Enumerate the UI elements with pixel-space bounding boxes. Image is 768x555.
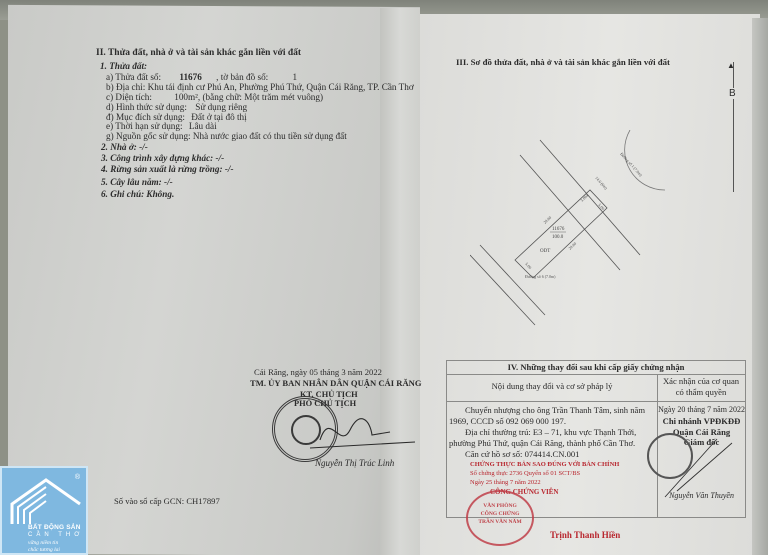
confirmation-org-1: Chi nhánh VPĐKĐĐ bbox=[658, 416, 745, 427]
confirmation-signer: Nguyễn Văn Thuyền bbox=[658, 491, 745, 502]
logo-line-2: CẦN THƠ bbox=[28, 532, 83, 538]
issuing-authority: TM. ỦY BAN NHÂN DÂN QUẬN CÁI RĂNG bbox=[250, 378, 422, 389]
origin-value: Nhà nước giao đất có thu tiền sử dụng đấ… bbox=[193, 131, 347, 141]
usage-form-value: Sử dụng riêng bbox=[195, 102, 247, 112]
other-works-line: 3. Công trình xây dựng khác: -/- bbox=[101, 153, 224, 164]
parcel-number-label: a) Thửa đất số: bbox=[106, 72, 161, 82]
land-type-label: ODT bbox=[540, 249, 550, 254]
svg-text:20.00: 20.00 bbox=[542, 215, 552, 225]
logo-line-3: vững niềm tin bbox=[28, 540, 58, 546]
svg-text:20.00: 20.00 bbox=[567, 241, 577, 251]
watermark-logo: ® BẤT ĐỘNG SẢN CẦN THƠ vững niềm tin chắ… bbox=[0, 466, 88, 555]
svg-text:5.00: 5.00 bbox=[597, 202, 605, 211]
parcel-number-value: 11676 bbox=[179, 72, 201, 82]
north-arrow-line bbox=[733, 62, 734, 192]
map-sheet-label: , tờ bản đồ số: bbox=[216, 72, 268, 82]
confirmation-date: Ngày 20 tháng 7 năm 2022 bbox=[658, 405, 745, 416]
column-header-content: Nội dung thay đổi và cơ sở pháp lý bbox=[447, 381, 657, 392]
road-bottom-label: Đường số 6 (7.0m) bbox=[525, 274, 556, 279]
perennial-line: 5. Cây lâu năm: -/- bbox=[101, 177, 173, 188]
entry-line-1: Chuyển nhượng cho ông Trần Thanh Tâm, si… bbox=[465, 405, 645, 416]
land-heading: 1. Thửa đất: bbox=[100, 61, 147, 72]
usage-form-label: d) Hình thức sử dụng: bbox=[106, 102, 187, 112]
area-label: c) Diện tích: bbox=[106, 92, 152, 102]
column-header-confirmation: Xác nhận của cơ quan có thẩm quyền bbox=[661, 376, 741, 397]
section-ii-title: II. Thửa đất, nhà ở và tài sản khác gắn … bbox=[96, 48, 301, 59]
logo-line-1: BẤT ĐỘNG SẢN bbox=[28, 524, 81, 531]
entry-line-4: phường Phú Thứ, quận Cái Răng, thành phố… bbox=[449, 438, 635, 449]
svg-text:14.6 (6m): 14.6 (6m) bbox=[594, 175, 609, 191]
issue-date: Cái Răng, ngày 05 tháng 3 năm 2022 bbox=[254, 367, 382, 378]
notary-seal: VĂN PHÒNG CÔNG CHỨNG TRẦN VĂN NĂM bbox=[466, 490, 534, 546]
entry-line-2: 1969, CCCD số 092 069 000 197. bbox=[449, 416, 566, 427]
logo-line-4: chắc tương lai bbox=[28, 547, 60, 553]
origin-row: g) Nguồn gốc sử dụng: Nhà nước giao đất … bbox=[106, 131, 347, 142]
parcel-area-label: 100.0 bbox=[552, 235, 564, 240]
issuer-signature bbox=[300, 400, 420, 460]
forest-line: 4. Rừng sản xuất là rừng trồng: -/- bbox=[101, 164, 234, 175]
north-label: B bbox=[729, 88, 736, 99]
house-logo-icon bbox=[6, 476, 84, 526]
note-line: 6. Ghi chú: Không. bbox=[101, 189, 174, 200]
svg-text:5.00: 5.00 bbox=[524, 261, 532, 270]
entry-line-5: Căn cứ hồ sơ số: 074414.CN.001 bbox=[465, 449, 579, 460]
registered-mark: ® bbox=[75, 474, 80, 481]
svg-text:Đường số 1 (7.0m): Đường số 1 (7.0m) bbox=[619, 151, 644, 178]
area-value: 100m², (bằng chữ: Một trăm mét vuông) bbox=[174, 92, 323, 102]
notary-signer: Trịnh Thanh Hiền bbox=[550, 530, 620, 541]
usage-term-value: Lâu dài bbox=[189, 121, 217, 131]
north-arrow-icon: ▲ bbox=[727, 60, 735, 71]
changes-table-title: IV. Những thay đổi sau khi cấp giấy chứn… bbox=[447, 362, 745, 373]
entry-line-3: Địa chỉ thường trú: E3 – 71, khu vực Thạ… bbox=[465, 427, 636, 438]
parcel-number-label: 11676 bbox=[552, 227, 565, 232]
issuer-signer-name: Nguyễn Thị Trúc Linh bbox=[315, 458, 394, 469]
section-iii-title: III. Sơ đồ thửa đất, nhà ở và tài sản kh… bbox=[456, 57, 670, 68]
page-edge bbox=[752, 18, 768, 555]
notary-seal-text: VĂN PHÒNG CÔNG CHỨNG TRẦN VĂN NĂM bbox=[476, 502, 524, 526]
map-sheet-value: 1 bbox=[293, 72, 298, 82]
registry-number: Số vào sổ cấp GCN: CH17897 bbox=[114, 496, 220, 507]
plot-diagram: Đường số 6 (7.0m) 11676 100.0 ODT 20.00 … bbox=[470, 130, 710, 330]
address-value: Khu tái định cư Phú An, Phường Phú Thứ, … bbox=[148, 82, 414, 92]
address-label: b) Địa chỉ: bbox=[106, 82, 145, 92]
house-line: 2. Nhà ở: -/- bbox=[101, 142, 148, 153]
usage-term-label: e) Thời hạn sử dụng: bbox=[106, 121, 183, 131]
origin-label: g) Nguồn gốc sử dụng: bbox=[106, 131, 191, 141]
